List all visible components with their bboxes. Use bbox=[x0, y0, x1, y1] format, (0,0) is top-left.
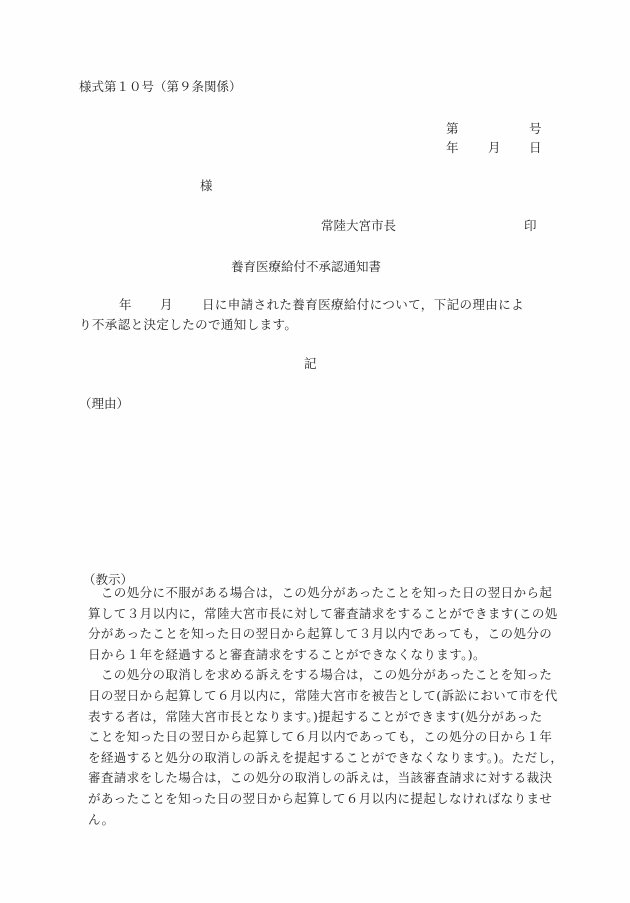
instruction-line: 算して３月以内に，常陸大宮市長に対して審査請求をすることができます(この処 bbox=[88, 604, 543, 625]
instruction-line: 審査請求をした場合は，この処分の取消しの訴えは，当該審査請求に対する裁決 bbox=[88, 768, 543, 789]
instruction-line: この処分の取消しを求める訴えをする場合は，この処分があったことを知った bbox=[88, 665, 543, 686]
issuer-name: 常陸大宮市長 bbox=[321, 220, 396, 233]
form-number: 様式第１０号（第９条関係） bbox=[79, 81, 242, 94]
body-line1: 日に申請された養育医療給付について，下記の理由によ bbox=[202, 299, 524, 312]
instruction-line: 表する者は，常陸大宮市長となります。)提起することができます(処分があった bbox=[88, 707, 543, 728]
reason-text-area bbox=[88, 420, 543, 560]
date-month: 月 bbox=[488, 142, 501, 155]
instruction-line: 日から１年を経過すると審査請求をすることができなくなります。)。 bbox=[88, 645, 543, 666]
date-day: 日 bbox=[529, 142, 542, 155]
instruction-line: ん。 bbox=[88, 810, 543, 831]
body-line2: り不承認と決定したので通知します。 bbox=[79, 319, 297, 332]
issuer-seal: 印 bbox=[524, 220, 537, 233]
body-year: 年 bbox=[119, 299, 132, 312]
reason-label: （理由） bbox=[79, 398, 129, 411]
body-month: 月 bbox=[160, 299, 173, 312]
instruction-text: この処分に不服がある場合は，この処分があったことを知った日の翌日から起 算して３… bbox=[88, 583, 543, 830]
document-number-go: 号 bbox=[529, 123, 542, 136]
instruction-line: があったことを知った日の翌日から起算して６月以内に提起しなければなりませ bbox=[88, 789, 543, 810]
addressee-suffix: 様 bbox=[200, 180, 213, 193]
instruction-line: 分があったことを知った日の翌日から起算して３月以内であっても，この処分の bbox=[88, 624, 543, 645]
document-number-dai: 第 bbox=[446, 123, 459, 136]
instruction-line: この処分に不服がある場合は，この処分があったことを知った日の翌日から起 bbox=[88, 583, 543, 604]
instruction-line: を経過すると処分の取消しの訴えを提起することができなくなります。)。ただし， bbox=[88, 748, 543, 769]
ki-label: 記 bbox=[304, 358, 317, 371]
date-year: 年 bbox=[446, 142, 459, 155]
instruction-line: ことを知った日の翌日から起算して６月以内であっても，この処分の日から１年 bbox=[88, 727, 543, 748]
instruction-line: 日の翌日から起算して６月以内に，常陸大宮市を被告として(訴訟において市を代 bbox=[88, 686, 543, 707]
document-title: 養育医療給付不承認通知書 bbox=[231, 261, 381, 274]
